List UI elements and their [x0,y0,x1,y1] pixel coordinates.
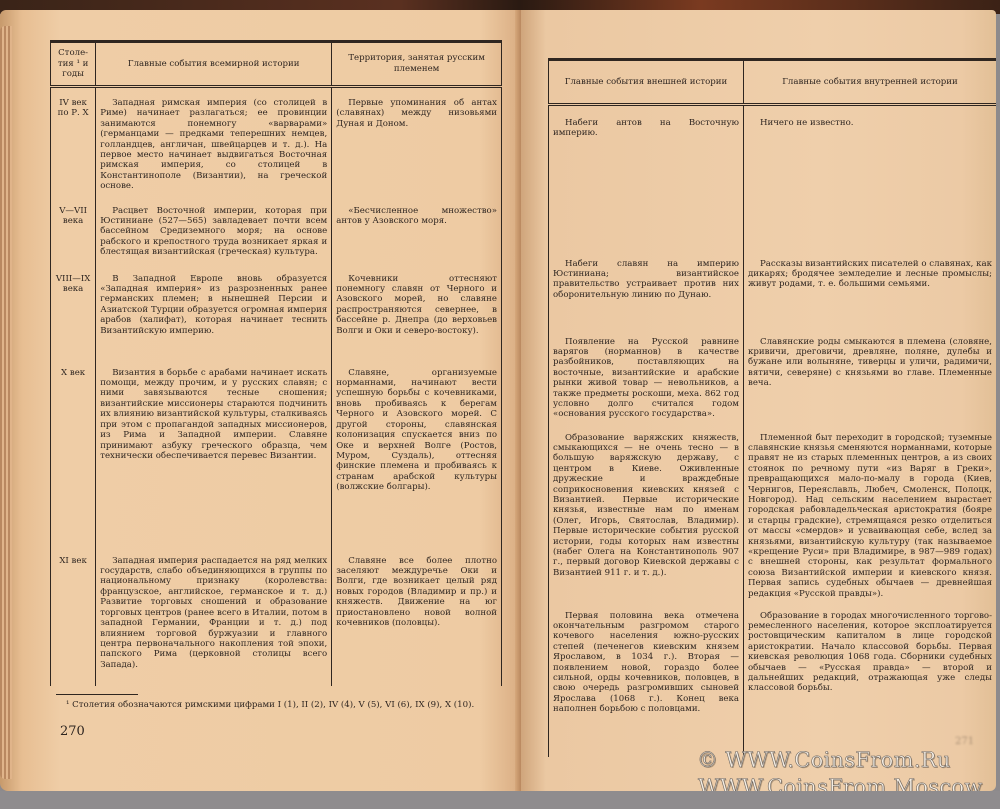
table-row: Первая половина века отмечена окончатель… [549,607,997,757]
external-events-cell: Образование варяжских княжеств, смыкающи… [549,429,744,607]
world-events-cell: Западная империя распадается на ряд мелк… [96,546,332,686]
footnote-rule [56,694,138,695]
internal-events-cell: Рассказы византийских писателей о славян… [744,255,997,333]
external-events-cell: Набеги антов на Восточную империю. [549,105,744,255]
internal-events-cell: Славянские роды смыкаются в племена (сло… [744,333,997,429]
territory-cell: Первые упоминания об антах (славянах) ме… [332,87,502,192]
table-row: VIII—IX века В Западной Европе вновь обр… [51,268,502,360]
world-events-cell: Византия в борьбе с арабами начинает иск… [96,360,332,546]
world-events-cell: Западная римская империя (со столицей в … [96,87,332,192]
table-row: Набеги антов на Восточную империю. Ничег… [549,105,997,255]
territory-cell: «Бесчисленное множество» антов у Азовско… [332,192,502,268]
territory-cell: Славяне все более плотно заселяют междур… [332,546,502,686]
century-cell: VIII—IX века [51,268,96,360]
left-history-table: Столе-тия ¹ и годы Главные события всеми… [50,40,502,686]
century-cell: V—VII века [51,192,96,268]
internal-events-cell: Племенной быт переходит в городской; туз… [744,429,997,607]
century-cell: IV век по Р. Х [51,87,96,192]
internal-events-cell: Образование в городах многочисленного то… [744,607,997,757]
world-events-cell: Расцвет Восточной империи, которая при Ю… [96,192,332,268]
table-row: Образование варяжских княжеств, смыкающи… [549,429,997,607]
header-territory: Территория, занятая русским племенем [332,42,502,87]
territory-cell: Кочевники оттесняют понемногу славян от … [332,268,502,360]
century-cell: X век [51,360,96,546]
table-row: X век Византия в борьбе с арабами начина… [51,360,502,546]
external-events-cell: Первая половина века отмечена окончатель… [549,607,744,757]
footnote: ¹ Столетия обозначаются римскими цифрами… [56,700,496,711]
watermark-line-1: © WWW.CoinsFrom.Ru [697,748,951,772]
page-edges [0,26,12,779]
header-internal-events: Главные события внутренней истории [744,60,997,105]
header-world-events: Главные события всемирной истории [96,42,332,87]
background-surface [0,791,1000,809]
century-cell: XI век [51,546,96,686]
page-number: 270 [60,724,85,739]
header-external-events: Главные события внешней истории [549,60,744,105]
right-page-number: 271 [955,736,974,747]
table-row: XI век Западная империя распадается на р… [51,546,502,686]
table-row: IV век по Р. Х Западная римская империя … [51,87,502,192]
external-events-cell: Появление на Русской равнине варягов (но… [549,333,744,429]
right-history-table: Главные события внешней истории Главные … [548,58,996,757]
table-row: Набеги славян на империю Юстиниана; виза… [549,255,997,333]
external-events-cell: Набеги славян на империю Юстиниана; виза… [549,255,744,333]
internal-events-cell: Ничего не известно. [744,105,997,255]
territory-cell: Славяне, организуемые норманнами, начина… [332,360,502,546]
table-row: Появление на Русской равнине варягов (но… [549,333,997,429]
header-centuries: Столе-тия ¹ и годы [51,42,96,87]
world-events-cell: В Западной Европе вновь образуется «Запа… [96,268,332,360]
table-row: V—VII века Расцвет Восточной империи, ко… [51,192,502,268]
